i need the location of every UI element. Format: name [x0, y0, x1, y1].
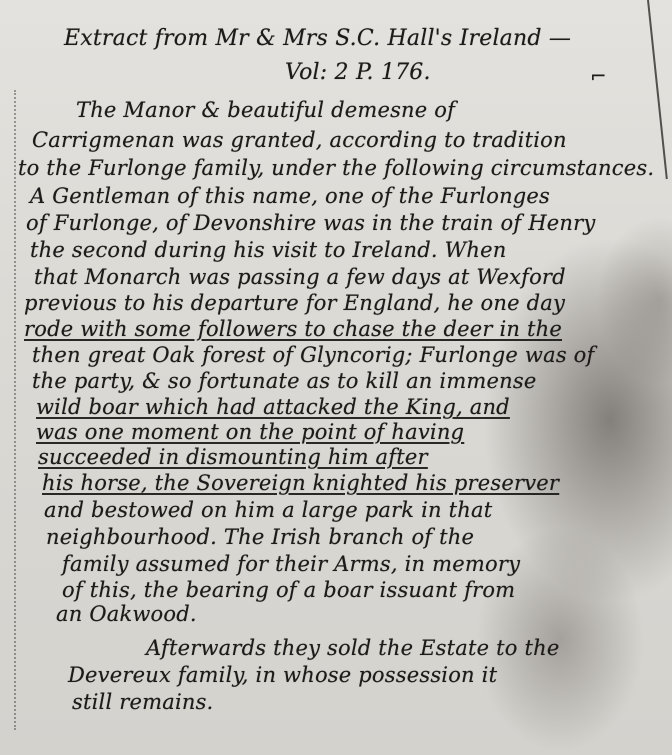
body-line: Afterwards they sold the Estate to the — [146, 636, 560, 660]
body-line: previous to his departure for England, h… — [24, 291, 565, 315]
body-line: succeeded in dismounting him after — [38, 445, 428, 469]
body-line: and bestowed on him a large park in that — [44, 498, 492, 522]
body-line: was one moment on the point of having — [36, 420, 464, 444]
bracket-mark: ⌐ — [590, 64, 607, 88]
body-line: that Monarch was passing a few days at W… — [34, 265, 566, 289]
heading-line-2: Vol: 2 P. 176. — [285, 60, 431, 85]
body-line: Devereux family, in whose possession it — [68, 663, 497, 687]
photographed-manuscript-page: Extract from Mr & Mrs S.C. Hall's Irelan… — [0, 0, 672, 755]
body-line: wild boar which had attacked the King, a… — [36, 395, 510, 419]
body-line: the second during his visit to Ireland. … — [30, 238, 507, 262]
body-line: A Gentleman of this name, one of the Fur… — [30, 184, 550, 208]
left-margin-dotted-line — [14, 90, 18, 730]
body-line: his horse, the Sovereign knighted his pr… — [42, 471, 559, 495]
body-line: Carrigmenan was granted, according to tr… — [32, 128, 567, 152]
body-line: neighbourhood. The Irish branch of the — [46, 525, 474, 549]
body-line: an Oakwood. — [56, 602, 197, 626]
body-line: then great Oak forest of Glyncorig; Furl… — [32, 343, 595, 367]
body-line: of this, the bearing of a boar issuant f… — [62, 578, 515, 602]
body-line: of Furlonge, of Devonshire was in the tr… — [26, 211, 595, 235]
body-line: still remains. — [72, 690, 213, 714]
heading-line-1: Extract from Mr & Mrs S.C. Hall's Irelan… — [64, 26, 571, 51]
body-line: to the Furlonge family, under the follow… — [18, 156, 654, 180]
body-line: the party, & so fortunate as to kill an … — [32, 369, 537, 393]
body-line: family assumed for their Arms, in memory — [62, 552, 520, 576]
body-line: The Manor & beautiful demesne of — [76, 98, 455, 122]
body-line: rode with some followers to chase the de… — [24, 317, 562, 341]
page-edge-shadow — [647, 0, 668, 179]
